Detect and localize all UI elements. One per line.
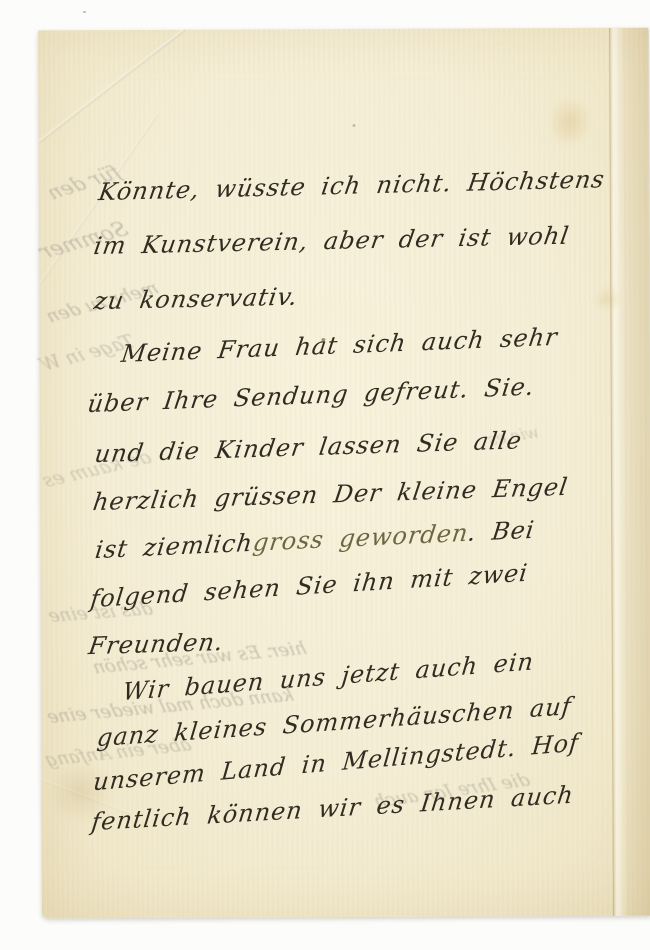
letter-paper: für den Sommer mehr zu den Tage in W de … — [38, 28, 650, 919]
handwriting-line-10: Freunden. — [88, 628, 224, 660]
paper-stain — [546, 96, 592, 148]
handwriting-line-5: über Ihre Sendung gefreut. Sie. — [87, 373, 535, 419]
dust-speck — [83, 11, 86, 13]
handwriting-line-3: zu konservativ. — [94, 283, 298, 315]
handwriting-line-7: herzlich grüssen Der kleine Engel — [93, 473, 569, 516]
right-fold-strip — [609, 28, 650, 916]
ink-speck — [352, 124, 355, 127]
faded-ink-words: gross geworden — [251, 519, 470, 557]
handwriting-line-4: Meine Frau hat sich auch sehr — [121, 323, 558, 368]
fold-crease-topleft — [39, 28, 187, 143]
paper-stain — [592, 286, 622, 312]
letter-photo-background: für den Sommer mehr zu den Tage in W de … — [0, 0, 650, 950]
handwriting-line-8: ist ziemlich gross geworden. Bei — [95, 516, 536, 564]
handwriting-line-6: und die Kinder lassen Sie alle — [94, 426, 522, 468]
handwriting-line-2: im Kunstverein, aber der ist wohl — [94, 222, 570, 260]
handwriting-line-1: Könnte, wüsste ich nicht. Höchstens — [98, 165, 605, 206]
handwriting-line-9: folgend sehen Sie ihn mit zwei — [90, 559, 529, 613]
